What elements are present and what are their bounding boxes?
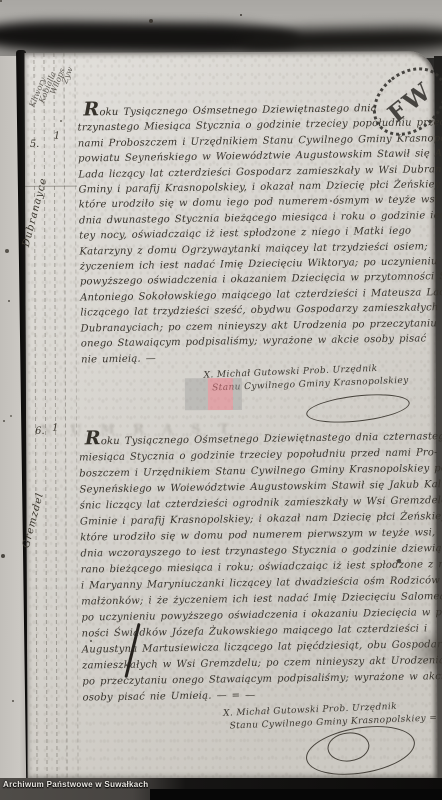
watermark-bar-gray [185, 378, 208, 410]
record-6-signature: X. Michał Gutowski Prob. Urzędnik Stanu … [223, 699, 438, 732]
signature-flourish [305, 390, 411, 427]
margin-record-number: 5. [30, 139, 40, 150]
margin-rule-line [33, 53, 37, 781]
document-page: Kliwory Kobialla Wilops Zyw 5. 1 Dubrana… [24, 51, 437, 781]
margin-divider-line [25, 186, 77, 187]
ink-specks [0, 0, 2, 2]
scanned-registry-page: { "scan": { "stamp_text": "FW", "archive… [0, 0, 442, 800]
watermark-bar-pink [208, 378, 233, 410]
archive-watermark-label: Archiwum Państwowe w Suwałkach [3, 780, 148, 789]
scanner-bottom-black-strip [150, 789, 442, 800]
watermark-bar-gray [233, 378, 242, 410]
margin-rule-line [63, 53, 67, 781]
stamp-initials: FW [382, 75, 438, 127]
record-6-text: Roku Tysiącznego Ośmsetnego Dziewiętnast… [79, 425, 437, 706]
